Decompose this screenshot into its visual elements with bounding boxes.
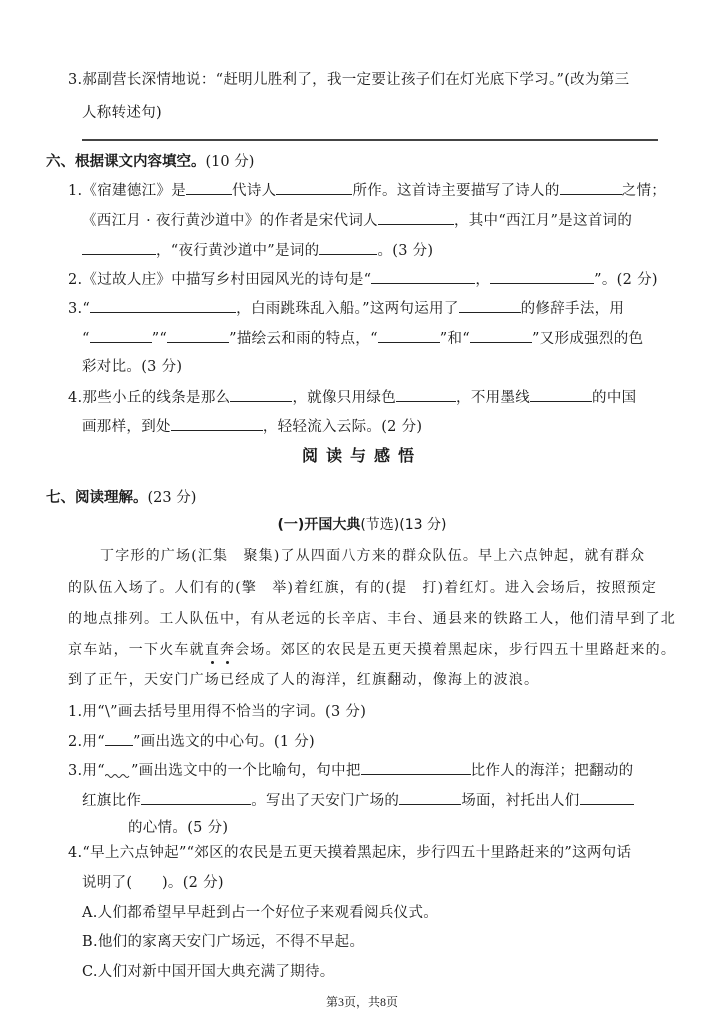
text: ”描绘云和雨的特点，“ xyxy=(229,331,378,347)
text: 《西江月 · 夜行黄沙道中》的作者是宋代词人 xyxy=(82,213,378,229)
text: “ xyxy=(82,331,90,347)
answer-line[interactable] xyxy=(82,139,658,141)
blank-dynasty[interactable] xyxy=(186,180,232,195)
s6-q3-line3: 彩对比。(3 分) xyxy=(82,357,658,377)
text: ，不用墨线 xyxy=(456,390,530,406)
blank-poem-line1[interactable] xyxy=(371,269,475,284)
blank-poem-line2[interactable] xyxy=(490,269,594,284)
text: ”又形成强烈的色 xyxy=(532,331,643,347)
wavy-underline-icon xyxy=(105,765,131,775)
blank-red-flag[interactable] xyxy=(141,790,251,805)
text: 3.用“ xyxy=(68,763,105,779)
text: ，白雨跳珠乱入船。”这两句运用了 xyxy=(236,301,458,317)
blank-ink[interactable] xyxy=(530,387,592,402)
blank-cipai[interactable] xyxy=(82,240,156,255)
s7-q4-line1: 4.“早上六点钟起”“郊区的农民是五更天摸着黑起床，步行四五十里路赶来的”这两句… xyxy=(68,843,658,863)
passage-title-score: (节选)(13 分) xyxy=(360,517,446,533)
option-c[interactable]: C.人们对新中国开国大典充满了期待。 xyxy=(82,962,658,982)
blank-word2[interactable] xyxy=(167,328,229,343)
text: 之情； xyxy=(622,183,666,199)
text: ，其中“西江月”是这首词的 xyxy=(454,213,632,229)
s7-q1: 1.用“\”画去括号里用得不恰当的字词。(3 分) xyxy=(68,702,658,722)
s6-q1-line3: ，“夜行黄沙道中”是词的。(3 分) xyxy=(82,240,658,261)
blank-word3[interactable] xyxy=(378,328,440,343)
blank-poet[interactable] xyxy=(276,180,352,195)
blank-hill-line[interactable] xyxy=(230,387,292,402)
text: ， xyxy=(475,272,490,288)
text: ”画出选文中的一个比喻句，句中把 xyxy=(131,763,361,779)
text: 2.《过故人庄》中描写乡村田园风光的诗句是“ xyxy=(68,272,371,288)
text: 1.《宿建德江》是 xyxy=(68,183,186,199)
emphasis-dot-char: 奔 xyxy=(220,642,235,658)
s7-q3-line1: 3.用“”画出选文中的一个比喻句，句中把比作人的海洋；把翻动的 xyxy=(68,760,658,781)
s6-q1-line2: 《西江月 · 夜行黄沙道中》的作者是宋代词人，其中“西江月”是这首词的 xyxy=(82,210,658,231)
text: 的修辞手法，用 xyxy=(521,301,625,317)
q5-3-line2: 人称转述句) xyxy=(82,103,658,123)
option-a[interactable]: A.人们都希望早早赶到占一个好位子来观看阅兵仪式。 xyxy=(82,903,658,923)
s7-q4-line2[interactable]: 说明了( )。(2 分) xyxy=(82,873,658,893)
exam-page: 3.郝副营长深情地说：“赶明儿胜利了，我一定要让孩子们在灯光底下学习。”(改为第… xyxy=(0,0,724,1024)
section6-title: 六、根据课文内容填空。 xyxy=(46,154,206,170)
passage-line4: 京车站，一下火车就直奔会场。郊区的农民是五更天摸着黑起床，步行四五十里路赶来的。 xyxy=(68,640,658,660)
blank-green[interactable] xyxy=(396,387,456,402)
section6-score: (10 分) xyxy=(206,154,255,170)
blank-rhetoric[interactable] xyxy=(459,298,521,313)
blank-ci-poet[interactable] xyxy=(378,210,454,225)
blank-mood[interactable] xyxy=(580,790,634,805)
section7-score: (23 分) xyxy=(148,490,197,506)
text: ，轻轻流入云际。(2 分) xyxy=(263,419,423,435)
passage-line5: 到了正午，天安门广场已经成了人的海洋，红旗翻动，像海上的波浪。 xyxy=(68,670,658,690)
text: 画那样，到处 xyxy=(82,419,171,435)
text: 场面，衬托出人们 xyxy=(461,793,579,809)
text: 2.用“ xyxy=(68,734,105,750)
s7-q2: 2.用“”画出选文的中心句。(1 分) xyxy=(68,731,658,752)
blank-everywhere[interactable] xyxy=(171,416,263,431)
reading-section-banner: 阅读与感悟 xyxy=(0,443,724,466)
passage-title-main: (一)开国大典 xyxy=(278,517,361,533)
text: ”和“ xyxy=(440,331,470,347)
passage-title: (一)开国大典(节选)(13 分) xyxy=(0,514,724,534)
blank-poem-first[interactable] xyxy=(90,298,236,313)
s6-q3-line2: “”“”描绘云和雨的特点，“”和“”又形成强烈的色 xyxy=(82,328,658,349)
s7-q3-line3: 的心情。(5 分) xyxy=(128,818,658,838)
passage-line3: 的地点排列。工人队伍中，有从老远的长辛店、丰台、通县来的铁路工人，他们清早到了北 xyxy=(68,609,658,629)
s6-q4-line2: 画那样，到处，轻轻流入云际。(2 分) xyxy=(82,416,658,437)
text: 。(3 分) xyxy=(377,243,433,259)
text: 4.那些小丘的线条是那么 xyxy=(68,390,230,406)
s6-q1-line1: 1.《宿建德江》是代诗人所作。这首诗主要描写了诗人的之情； xyxy=(68,180,658,201)
text: ”。(2 分) xyxy=(594,272,658,288)
passage-line2: 的队伍入场了。人们有的(擎 举)着红旗，有的(提 打)着红灯。进入会场后，按照预… xyxy=(68,578,658,598)
blank-word4[interactable] xyxy=(470,328,532,343)
text: 比作人的海洋；把翻动的 xyxy=(471,763,634,779)
text: 京车站，一下火车就 xyxy=(68,642,205,658)
text: ”“ xyxy=(152,331,167,347)
s6-q3-line1: 3.“，白雨跳珠乱入船。”这两句运用了的修辞手法，用 xyxy=(68,298,658,319)
emphasis-dot-char: 直 xyxy=(205,642,220,658)
blank-word1[interactable] xyxy=(90,328,152,343)
text: ”画出选文的中心句。(1 分) xyxy=(133,734,315,750)
straight-underline-sample xyxy=(105,731,133,746)
text: 会场。郊区的农民是五更天摸着黑起床，步行四五十里路赶来的。 xyxy=(235,642,676,658)
s7-q3-line2: 红旗比作。写出了天安门广场的场面，衬托出人们 xyxy=(82,790,658,811)
text: 红旗比作 xyxy=(82,793,141,809)
blank-title[interactable] xyxy=(319,240,377,255)
option-b[interactable]: B.他们的家离天安门广场远，不得不早起。 xyxy=(82,932,658,952)
blank-scene[interactable] xyxy=(399,790,461,805)
text: 代诗人 xyxy=(232,183,276,199)
s6-q2: 2.《过故人庄》中描写乡村田园风光的诗句是“，”。(2 分) xyxy=(68,269,658,290)
text: 所作。这首诗主要描写了诗人的 xyxy=(352,183,559,199)
s6-q4-line1: 4.那些小丘的线条是那么，就像只用绿色，不用墨线的中国 xyxy=(68,387,658,408)
section6-heading: 六、根据课文内容填空。(10 分) xyxy=(46,150,254,171)
text: 。写出了天安门广场的 xyxy=(251,793,399,809)
text: 的中国 xyxy=(592,390,636,406)
section7-heading: 七、阅读理解。(23 分) xyxy=(46,486,196,507)
blank-crowd[interactable] xyxy=(361,760,471,775)
text: ，“夜行黄沙道中”是词的 xyxy=(156,243,319,259)
blank-emotion[interactable] xyxy=(560,180,622,195)
q5-3-line1: 3.郝副营长深情地说：“赶明儿胜利了，我一定要让孩子们在灯光底下学习。”(改为第… xyxy=(68,70,658,90)
passage-line1: 丁字形的广场(汇集 聚集)了从四面八方来的群众队伍。早上六点钟起，就有群众 xyxy=(100,546,658,566)
section7-title: 七、阅读理解。 xyxy=(46,490,148,506)
text: 3.“ xyxy=(68,301,90,317)
page-number: 第3页，共8页 xyxy=(0,993,724,1010)
text: ，就像只用绿色 xyxy=(292,390,396,406)
